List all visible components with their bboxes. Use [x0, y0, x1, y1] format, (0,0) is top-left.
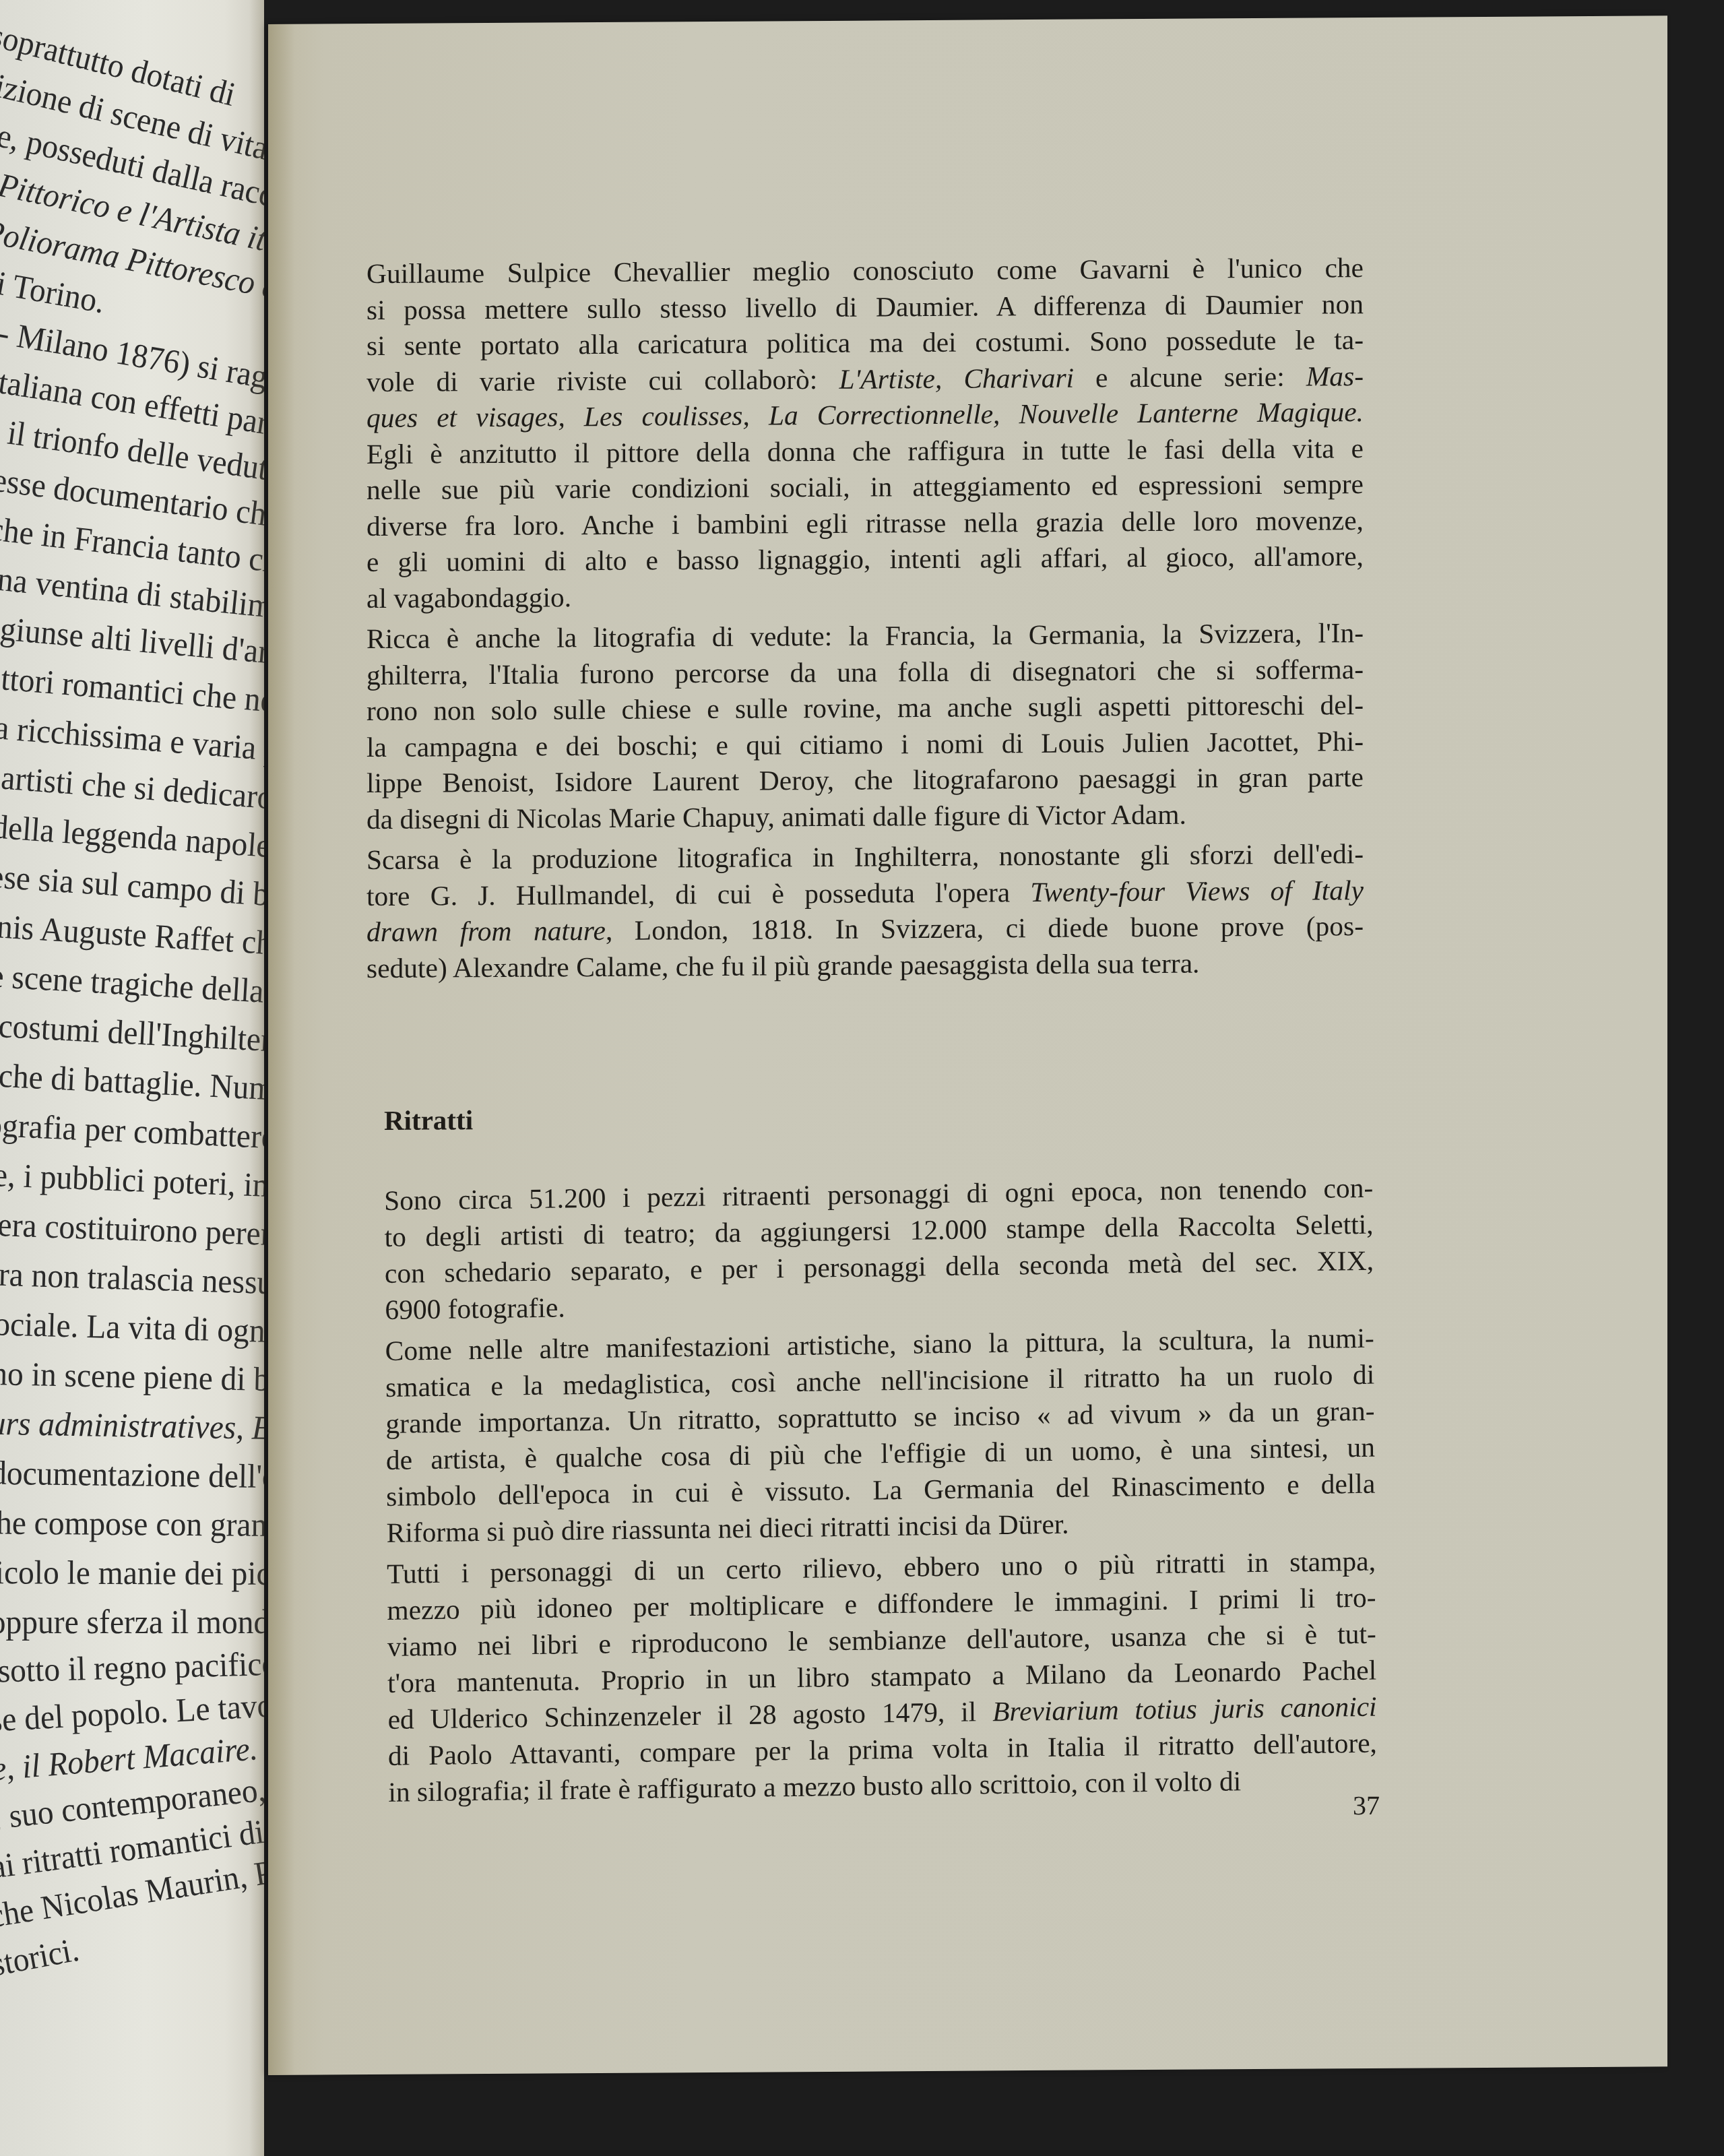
section-heading-ritratti: Ritratti: [384, 1104, 473, 1137]
section-lithography-text: Guillaume Sulpice Chevallier meglio cono…: [366, 250, 1364, 991]
paragraph: Guillaume Sulpice Chevallier meglio cono…: [366, 250, 1364, 616]
left-text-line: Denis Auguste Raffet che: [0, 904, 264, 963]
text-line: Guillaume Sulpice Chevallier meglio cono…: [366, 250, 1364, 292]
left-text-line: di storici.: [0, 1930, 82, 1990]
left-text-line: ne sotto il regno pacifico di Luigi: [0, 1641, 264, 1691]
paragraph: Ricca è anche la litografia di vedute: l…: [366, 615, 1364, 837]
text-line: ques et visages, Les coulisses, La Corre…: [366, 394, 1364, 437]
text-line: drawn from nature, London, 1818. In Sviz…: [366, 908, 1364, 951]
page-curl-shadow: [249, 0, 264, 2156]
paragraph: Scarsa è la produzione litografica in In…: [366, 836, 1364, 986]
paragraph: Sono circa 51.200 i pezzi ritraenti pers…: [384, 1170, 1374, 1328]
text-line: ghilterra, l'Italia furono percorse da u…: [366, 652, 1364, 694]
page-number: 37: [1353, 1789, 1380, 1821]
left-text-line: ridicolo le manie dei piccoli borghesi: [0, 1552, 264, 1593]
text-line: rono non solo sulle chiese e sulle rovin…: [366, 687, 1364, 730]
paragraph: Tutti i personaggi di un certo rilievo, …: [387, 1543, 1378, 1810]
text-line: si sente portato alla caricatura politic…: [366, 322, 1364, 364]
paragraph: Come nelle altre manifestazioni artistic…: [385, 1320, 1376, 1551]
left-facing-page: ni soprattutto dotati discrizione di sce…: [0, 0, 264, 2156]
section-ritratti-text: Sono circa 51.200 i pezzi ritraenti pers…: [384, 1170, 1378, 1815]
text-line: si possa mettere sullo stesso livello di…: [366, 286, 1364, 329]
text-line: da disegni di Nicolas Marie Chapuy, anim…: [366, 796, 1364, 838]
left-text-line: a pera costituirono perenne: [0, 1203, 264, 1255]
text-line: e gli uomini di alto e basso lignaggio, …: [366, 538, 1364, 581]
text-line: la campagna e dei boschi; e qui citiamo …: [366, 724, 1364, 766]
left-text-line: arie, i pubblici poteri, imperso: [0, 1153, 264, 1208]
gutter-shadow: [268, 24, 295, 2075]
left-text-line: a che compose con gran « verve »: [0, 1502, 264, 1546]
text-line: sedute) Alexandre Calame, che fu il più …: [366, 945, 1364, 987]
left-text-line: e i costumi dell'Inghilterra e: [0, 1004, 264, 1062]
left-text-line: vono in scene piene di brio,: [0, 1353, 264, 1399]
text-line: Egli è anzitutto il pittore della donna …: [366, 431, 1364, 473]
text-line: Ricca è anche la litografia di vedute: l…: [366, 615, 1364, 658]
left-text-line: atura non tralascia nessuno: [0, 1253, 264, 1303]
left-text-line: litografia per combattere insieme: [0, 1104, 264, 1161]
left-text-line: e, oppure sferza il mondo dei: [0, 1602, 264, 1641]
left-text-line: oeurs administratives, Esquisses: [0, 1403, 264, 1449]
text-line: tore G. J. Hullmandel, di cui è possedut…: [366, 873, 1364, 915]
left-text-line: e sociale. La vita di ogni giorno: [0, 1303, 264, 1353]
text-line: vole di varie riviste cui collaborò: L'A…: [366, 358, 1364, 401]
right-page: Guillaume Sulpice Chevallier meglio cono…: [268, 15, 1667, 2075]
text-line: lippe Benoist, Isidore Laurent Deroy, ch…: [366, 759, 1364, 802]
text-line: nelle sue più varie condizioni sociali, …: [366, 466, 1364, 509]
left-text-line: la documentazione dell'opera: [0, 1453, 264, 1496]
text-line: al vagabondaggio.: [366, 575, 1364, 617]
text-line: diverse fra loro. Anche i bambini egli r…: [366, 503, 1364, 545]
left-text-line: epiche di battaglie. Numeroso: [0, 1054, 264, 1111]
text-line: Scarsa è la produzione litografica in In…: [366, 836, 1364, 879]
